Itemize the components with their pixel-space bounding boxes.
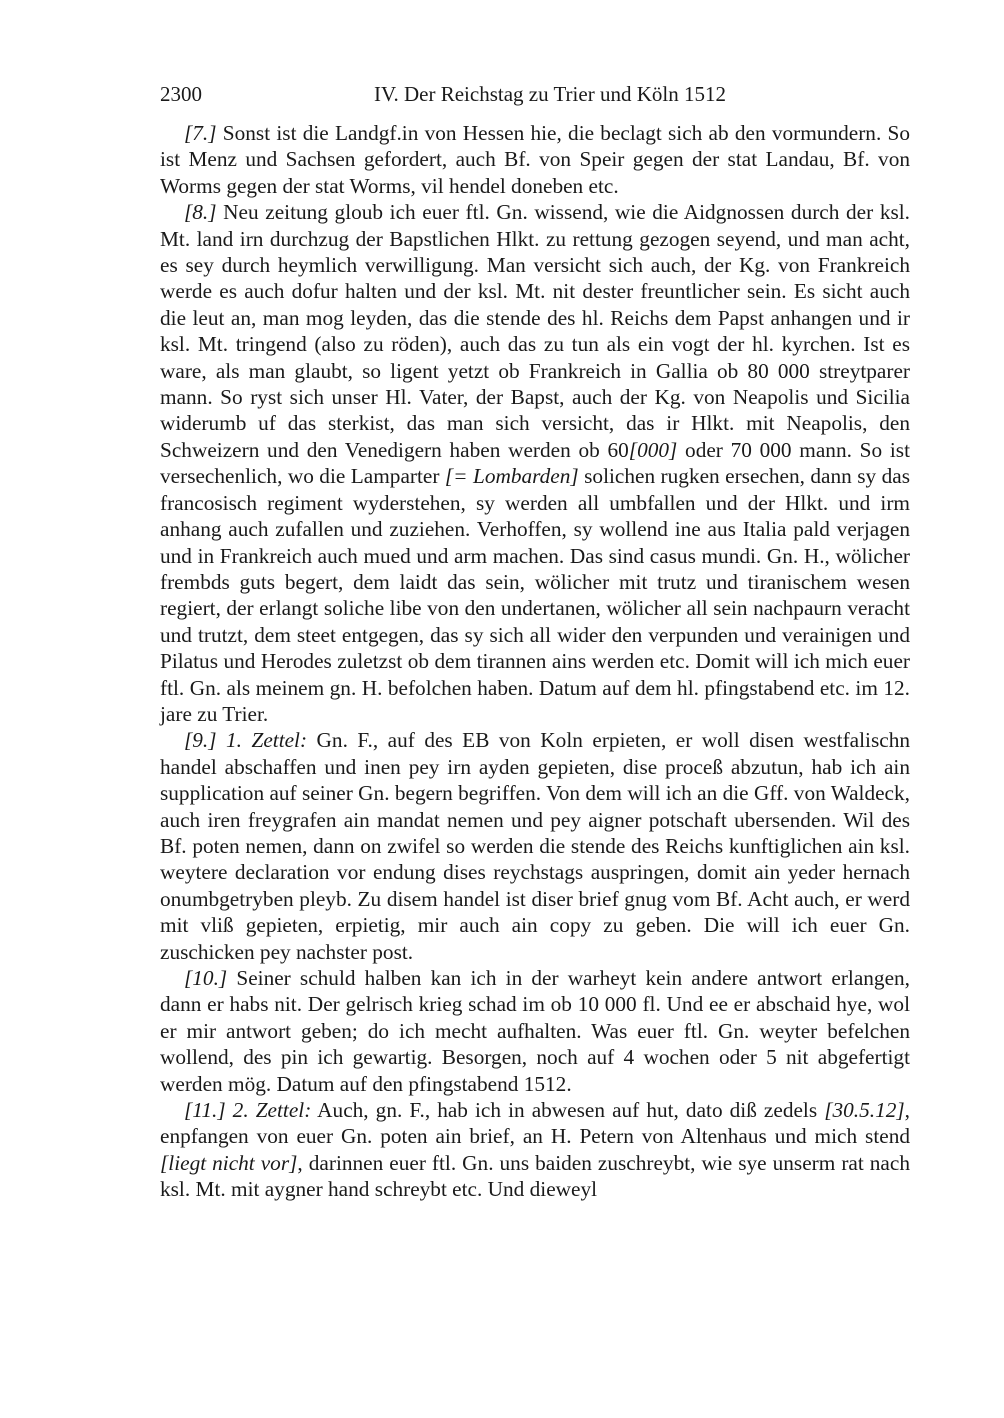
paragraph-11: [11.] 2. Zettel: Auch, gn. F., hab ich i… bbox=[160, 1097, 910, 1203]
text-segment: Neu zeitung gloub ich euer ftl. Gn. wiss… bbox=[160, 200, 910, 462]
text-segment: Gn. F., auf des EB von Koln erpieten, er… bbox=[160, 728, 910, 963]
text-segment: Auch, gn. F., hab ich in abwesen auf hut… bbox=[311, 1098, 824, 1122]
paragraph-9: [9.] 1. Zettel: Gn. F., auf des EB von K… bbox=[160, 727, 910, 965]
paragraph-number: [7.] bbox=[184, 121, 217, 145]
paragraph-number: [8.] bbox=[184, 200, 217, 224]
running-title: IV. Der Reichstag zu Trier und Köln 1512 bbox=[160, 80, 910, 108]
paragraph-8: [8.] Neu zeitung gloub ich euer ftl. Gn.… bbox=[160, 199, 910, 727]
editorial-note: [liegt nicht vor] bbox=[160, 1151, 297, 1175]
paragraph-number: [10.] bbox=[184, 966, 227, 990]
paragraph-7: [7.] Sonst ist die Landgf.in von Hessen … bbox=[160, 120, 910, 199]
paragraph-number: [9.] 1. Zettel: bbox=[184, 728, 307, 752]
body-text: [7.] Sonst ist die Landgf.in von Hessen … bbox=[160, 120, 910, 1203]
paragraph-number: [11.] 2. Zettel: bbox=[184, 1098, 311, 1122]
paragraph-10: [10.] Seiner schuld halben kan ich in de… bbox=[160, 965, 910, 1097]
editorial-insertion: [000] bbox=[629, 438, 678, 462]
text-segment: Sonst ist die Landgf.in von Hessen hie, … bbox=[160, 121, 910, 198]
text-segment: solichen rugken ersechen, dann sy das fr… bbox=[160, 464, 910, 726]
running-head: 2300 IV. Der Reichstag zu Trier und Köln… bbox=[160, 80, 910, 108]
text-segment: Seiner schuld halben kan ich in der warh… bbox=[160, 966, 910, 1096]
editorial-gloss: [= Lombarden] bbox=[445, 464, 579, 488]
editorial-date: [30.5.12] bbox=[824, 1098, 904, 1122]
